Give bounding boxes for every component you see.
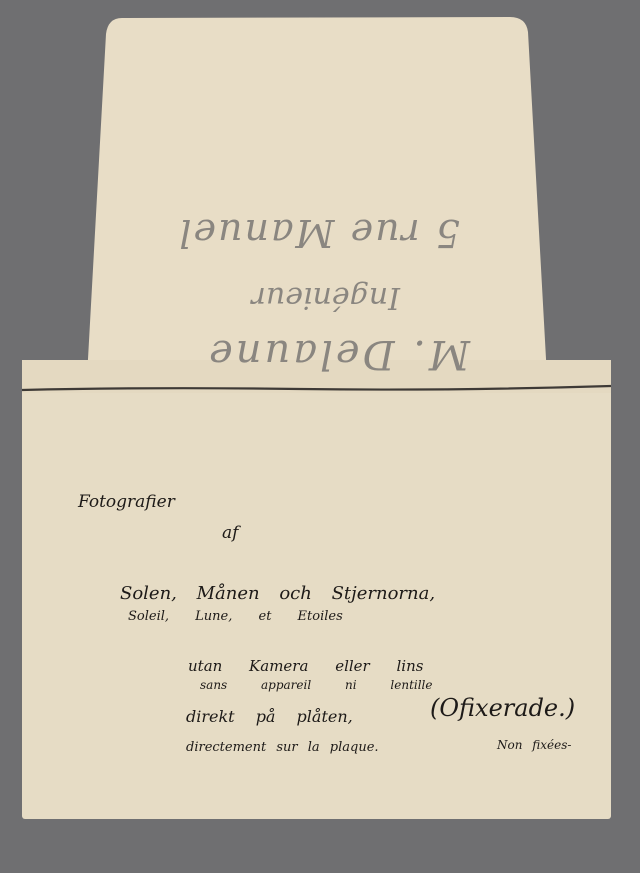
note-line2-swedish: utan Kamera eller lins bbox=[188, 657, 423, 675]
address-title: Ingénieur bbox=[252, 280, 400, 315]
recipient-address: M. Delaune Ingénieur 5 rue Manuel bbox=[150, 185, 490, 385]
envelope-body bbox=[22, 393, 611, 819]
note-unfixed-remark: (Ofixerade.) bbox=[430, 694, 575, 722]
address-street: 5 rue Manuel bbox=[177, 211, 460, 255]
note-line3-swedish: direkt på plåten, bbox=[186, 707, 353, 726]
envelope-flap: M. Delaune Ingénieur 5 rue Manuel bbox=[0, 0, 640, 395]
address-name: M. Delaune bbox=[206, 331, 470, 377]
note-line4-french: directement sur la plaque. bbox=[186, 740, 379, 755]
note-title: Fotografier bbox=[78, 492, 175, 512]
note-line1-french: Soleil, Lune, et Etoiles bbox=[128, 609, 343, 624]
note-line1-swedish: Solen, Månen och Stjernorna, bbox=[120, 583, 435, 604]
note-of: af bbox=[222, 523, 238, 543]
note-line4-french-end: Non fixées- bbox=[497, 738, 571, 752]
note-line2-french: sans appareil ni lentille bbox=[200, 678, 433, 692]
